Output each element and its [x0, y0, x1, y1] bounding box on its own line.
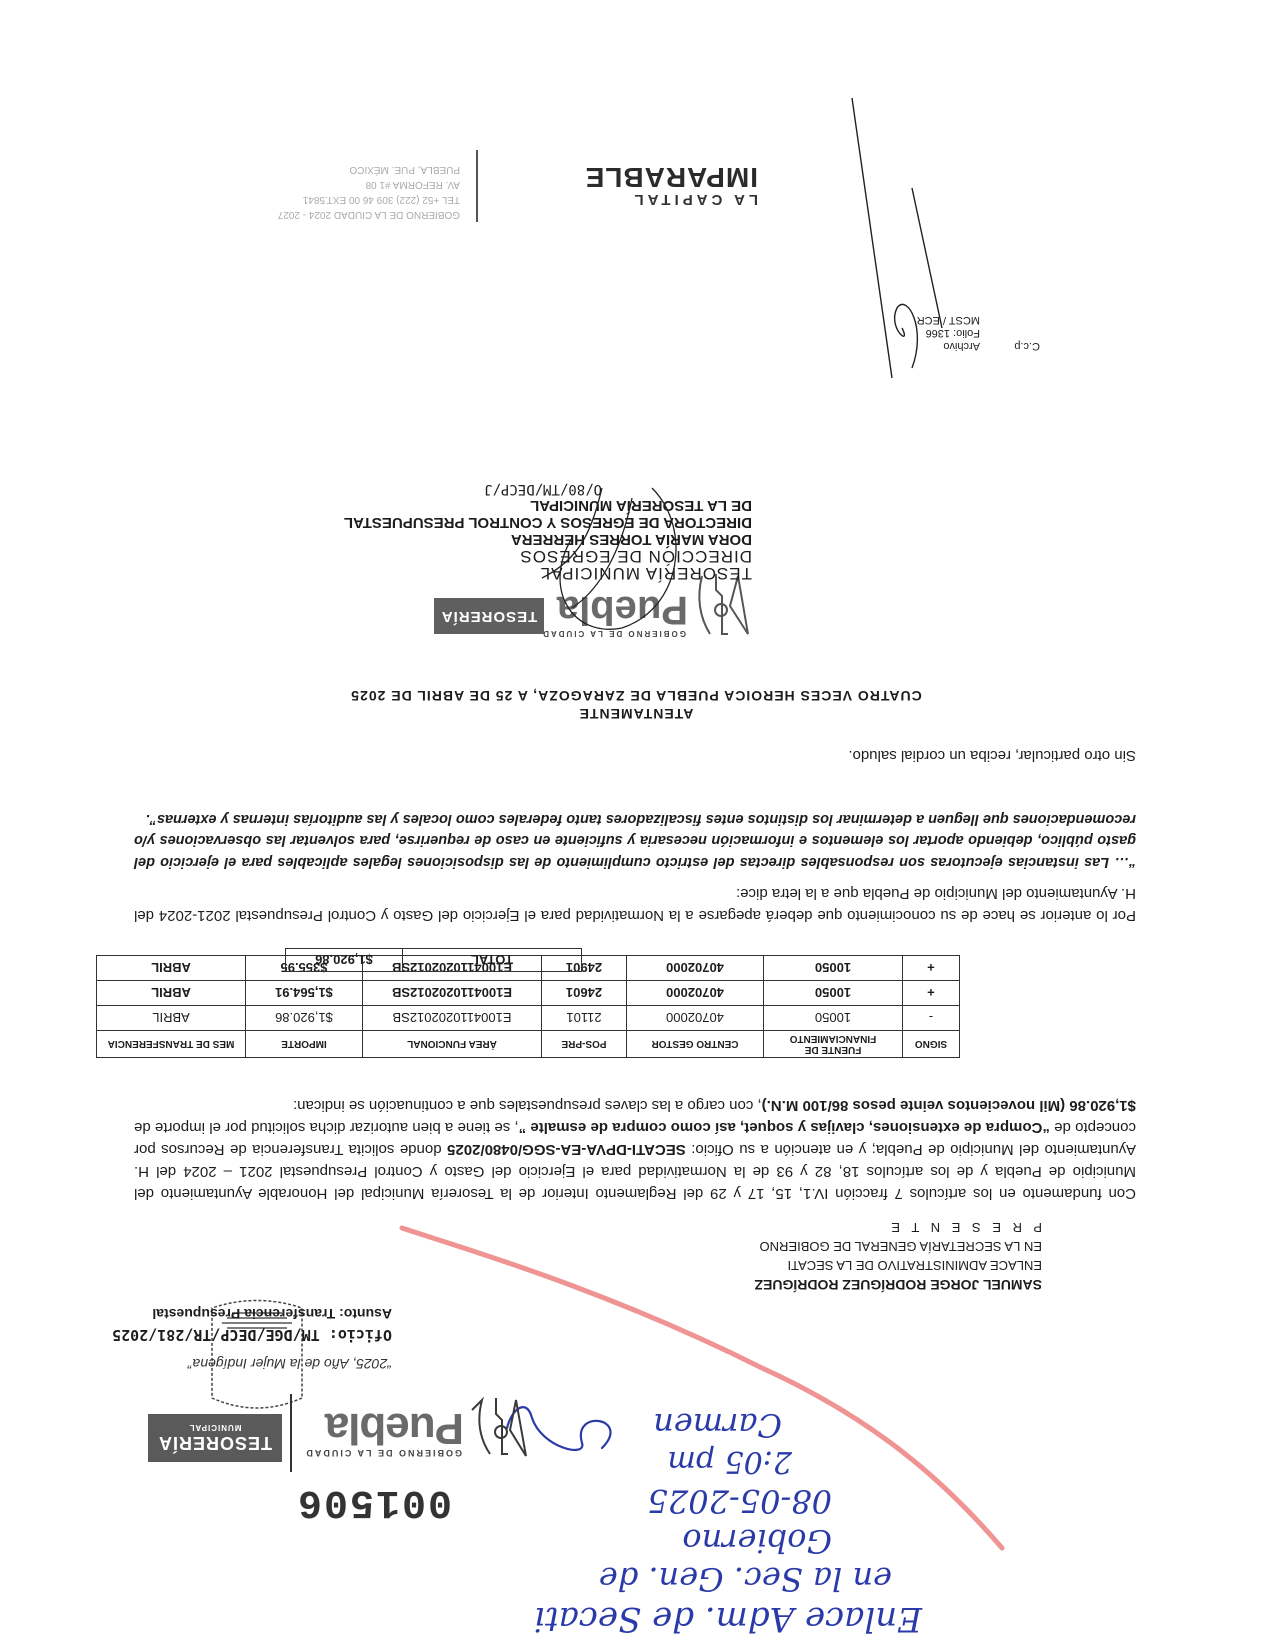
table-row: + 10050 40702000 24601 E1004110202012SB … — [97, 981, 960, 1006]
purchase-concept: “Compra de extensiones, clavijas y soque… — [519, 1119, 1050, 1136]
tesoreria-label: TESORERÍA — [148, 1434, 282, 1452]
atentamente-label: ATENTAMENTE — [0, 706, 1272, 722]
logo-divider — [290, 1394, 292, 1472]
cell-centro: 40702000 — [627, 1006, 764, 1031]
header-area-funcional: ÁREA FUNCIONAL — [363, 1031, 542, 1058]
paragraph-text: , con cargo a las claves presupuestales … — [293, 1097, 762, 1114]
cell-signo: - — [903, 1006, 960, 1031]
authorized-amount: $1,920.86 (Mil novecientos veinte pesos … — [762, 1097, 1136, 1114]
header-centro-gestor: CENTRO GESTOR — [627, 1031, 764, 1058]
signature-scribble-icon — [472, 478, 772, 648]
normativity-quote: “… Las instancias ejecutoras son respons… — [134, 808, 1136, 873]
footer-info-line3: AV. REFORMA #1 08 — [278, 177, 460, 192]
header-signo: SIGNO — [903, 1031, 960, 1058]
cell-fuente: 10050 — [764, 981, 903, 1006]
header-importe: IMPORTE — [246, 1031, 363, 1058]
city-date-line: CUATRO VECES HEROICA PUEBLA DE ZARAGOZA,… — [0, 688, 1272, 704]
cell-mes: ABRIL — [97, 981, 246, 1006]
request-oficio-number: SECATI-DPVA-EA-SGG/0480/2025 — [447, 1141, 686, 1158]
cell-area: E1004110202012SB — [363, 981, 542, 1006]
footer-brand-line2: IMPARABLE — [585, 163, 758, 191]
footer-brand-line1: LA CAPITAL — [585, 191, 758, 208]
total-label: TOTAL — [403, 949, 582, 972]
cell-mes: ABRIL — [97, 956, 246, 981]
paragraph-text: , se tiene a bien autorizar dicha solici… — [134, 1119, 519, 1136]
cell-signo: + — [903, 956, 960, 981]
cell-fuente: 10050 — [764, 1006, 903, 1031]
tesoreria-logo-badge: TESORERÍA MUNICIPAL — [148, 1414, 282, 1462]
cell-pospre: 21101 — [542, 1006, 627, 1031]
cell-centro: 40702000 — [627, 956, 764, 981]
body-paragraph-normativity: Por lo anterior se hace de su conocimien… — [134, 882, 1136, 926]
cell-importe: $1,920.86 — [246, 1006, 363, 1031]
table-header-row: SIGNO FUENTE DE FINANCIAMIENTO CENTRO GE… — [97, 1031, 960, 1058]
header-mes: MES DE TRANSFERENCIA — [97, 1031, 246, 1058]
initials-signature-icon — [842, 88, 1022, 388]
footer-info-line2: TEL +52 (222) 309 46 00 EXT.5841 — [278, 192, 460, 207]
cell-centro: 40702000 — [627, 981, 764, 1006]
rotated-scanned-letter: Enlace Adm. de Secati en la Sec. Gen. de… — [0, 0, 1272, 1648]
footer-info-line1: GOBIERNO DE LA CIUDAD 2024 - 2027 — [278, 207, 460, 222]
header-fuente: FUENTE DE FINANCIAMIENTO — [764, 1031, 903, 1058]
header-pos-pre: POS-PRE — [542, 1031, 627, 1058]
total-value: $1,920.86 — [286, 949, 403, 972]
cell-area: E1004110202012SB — [363, 1006, 542, 1031]
table-row: - 10050 40702000 21101 E1004110202012SB … — [97, 1006, 960, 1031]
municipal-label: MUNICIPAL — [148, 1423, 282, 1432]
closing-line: Sin otro particular, reciba un cordial s… — [848, 747, 1136, 764]
footer-contact-info: GOBIERNO DE LA CIUDAD 2024 - 2027 TEL +5… — [278, 150, 478, 222]
total-table: TOTAL $1,920.86 — [285, 948, 582, 972]
cell-pospre: 24601 — [542, 981, 627, 1006]
red-pencil-mark — [322, 1168, 1022, 1588]
cell-signo: + — [903, 981, 960, 1006]
cell-mes: ABRIL — [97, 1006, 246, 1031]
cell-importe: $1,564.91 — [246, 981, 363, 1006]
total-row: TOTAL $1,920.86 — [286, 949, 582, 972]
cell-fuente: 10050 — [764, 956, 903, 981]
footer-info-line4: PUEBLA, PUE. MÉXICO — [278, 162, 460, 177]
footer-brand: LA CAPITAL IMPARABLE — [585, 163, 758, 208]
svg-text:Enlace Adm. de Secati: Enlace Adm. de Secati — [534, 1599, 923, 1639]
